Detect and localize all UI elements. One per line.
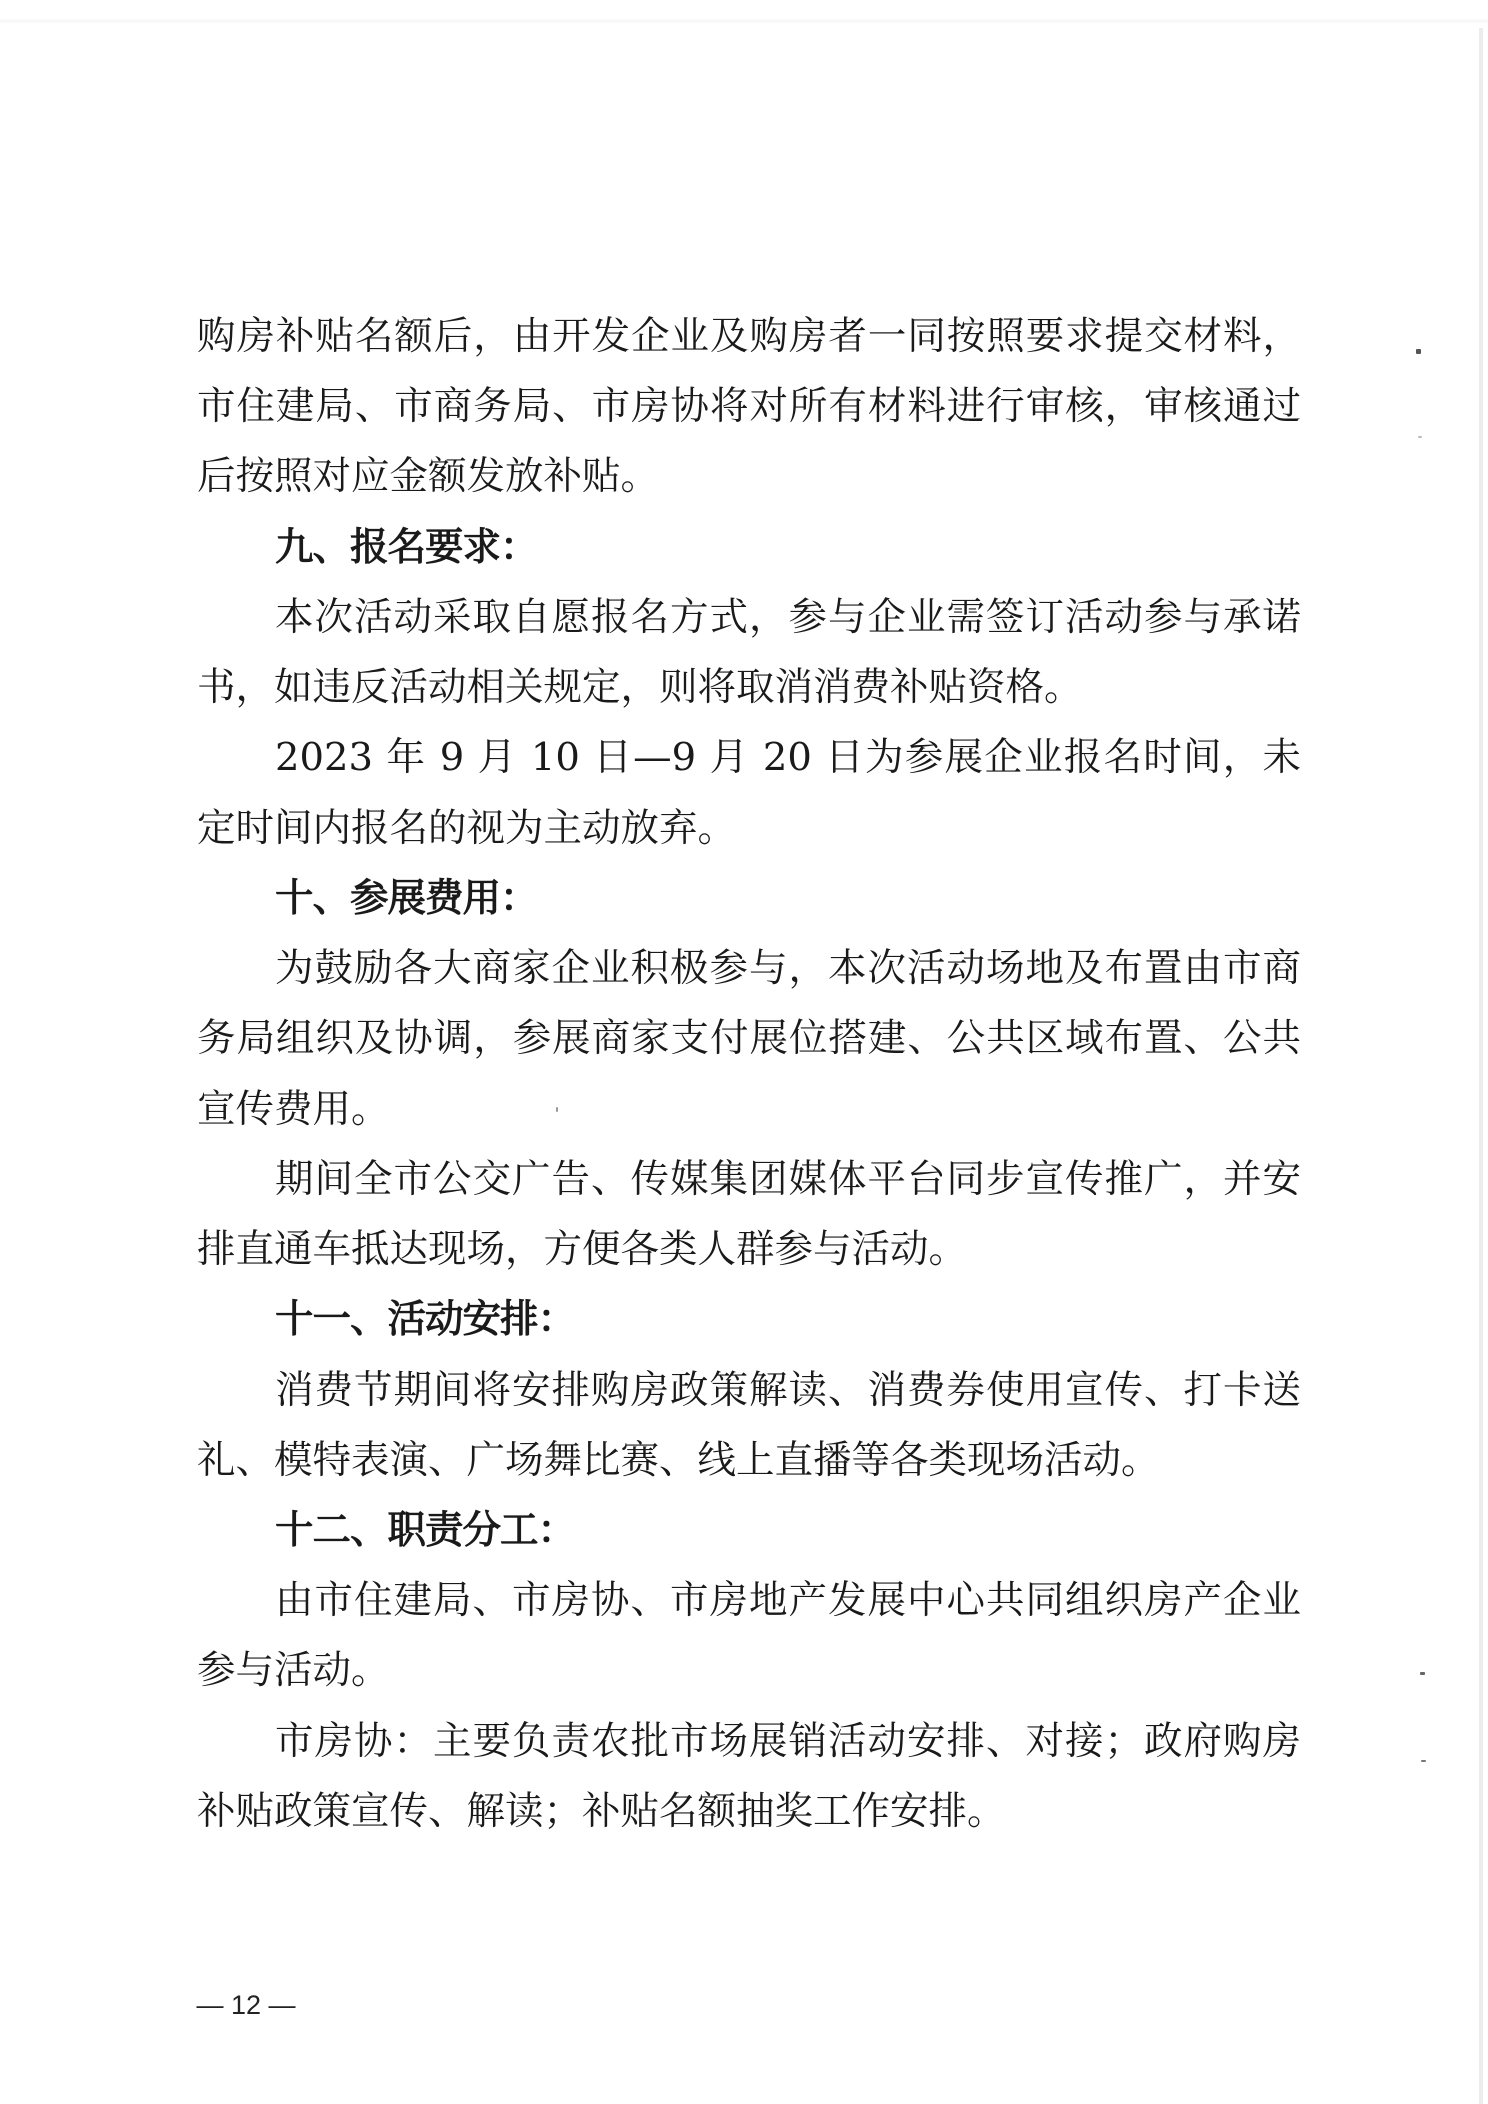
page-number: — 12 — (185, 1987, 307, 2023)
paragraph-line: 排直通车抵达现场，方便各类人群参与活动。 (197, 1215, 1301, 1285)
paragraph-line: 期间全市公交广告、传媒集团媒体平台同步宣传推广，并安 (197, 1145, 1301, 1215)
paragraph-line: 礼、模特表演、广场舞比赛、线上直播等各类现场活动。 (197, 1426, 1301, 1496)
paragraph-line: 后按照对应金额发放补贴。 (197, 442, 1301, 512)
paragraph-line: 为鼓励各大商家企业积极参与，本次活动场地及布置由市商 (197, 934, 1301, 1004)
paragraph-line: 补贴政策宣传、解读；补贴名额抽奖工作安排。 (197, 1777, 1301, 1847)
scan-speck (1416, 349, 1421, 354)
section-heading-responsibilities: 十二、职责分工： (197, 1496, 1301, 1566)
paragraph-line: 本次活动采取自愿报名方式，参与企业需签订活动参与承诺 (197, 583, 1301, 653)
scan-top-edge (0, 18, 1488, 24)
paragraph-line: 宣传费用。 (197, 1075, 1301, 1145)
scan-speck (1421, 1760, 1426, 1762)
scan-right-edge (1479, 28, 1483, 2104)
section-heading-activities: 十一、活动安排： (197, 1285, 1301, 1355)
paragraph-line: 由市住建局、市房协、市房地产发展中心共同组织房产企业 (197, 1566, 1301, 1636)
document-body: 购房补贴名额后，由开发企业及购房者一同按照要求提交材料， 市住建局、市商务局、市… (197, 302, 1301, 1847)
paragraph-line: 参与活动。 (197, 1636, 1301, 1706)
section-heading-fees: 十、参展费用： (197, 864, 1301, 934)
paragraph-line: 消费节期间将安排购房政策解读、消费券使用宣传、打卡送 (197, 1356, 1301, 1426)
paragraph-line: 市住建局、市商务局、市房协将对所有材料进行审核，审核通过 (197, 372, 1301, 442)
paragraph-line: 购房补贴名额后，由开发企业及购房者一同按照要求提交材料， (197, 302, 1301, 372)
section-heading-registration: 九、报名要求： (197, 513, 1301, 583)
document-page: 购房补贴名额后，由开发企业及购房者一同按照要求提交材料， 市住建局、市商务局、市… (0, 0, 1488, 2104)
scan-speck (1420, 1672, 1425, 1675)
scan-speck (1418, 436, 1422, 438)
paragraph-line: 市房协：主要负责农批市场展销活动安排、对接；政府购房 (197, 1707, 1301, 1777)
paragraph-line: 定时间内报名的视为主动放弃。 (197, 794, 1301, 864)
paragraph-line: 书，如违反活动相关规定，则将取消消费补贴资格。 (197, 653, 1301, 723)
paragraph-line: 2023 年 9 月 10 日—9 月 20 日为参展企业报名时间，未在规 (197, 723, 1301, 793)
paragraph-line: 务局组织及协调，参展商家支付展位搭建、公共区域布置、公共 (197, 1004, 1301, 1074)
